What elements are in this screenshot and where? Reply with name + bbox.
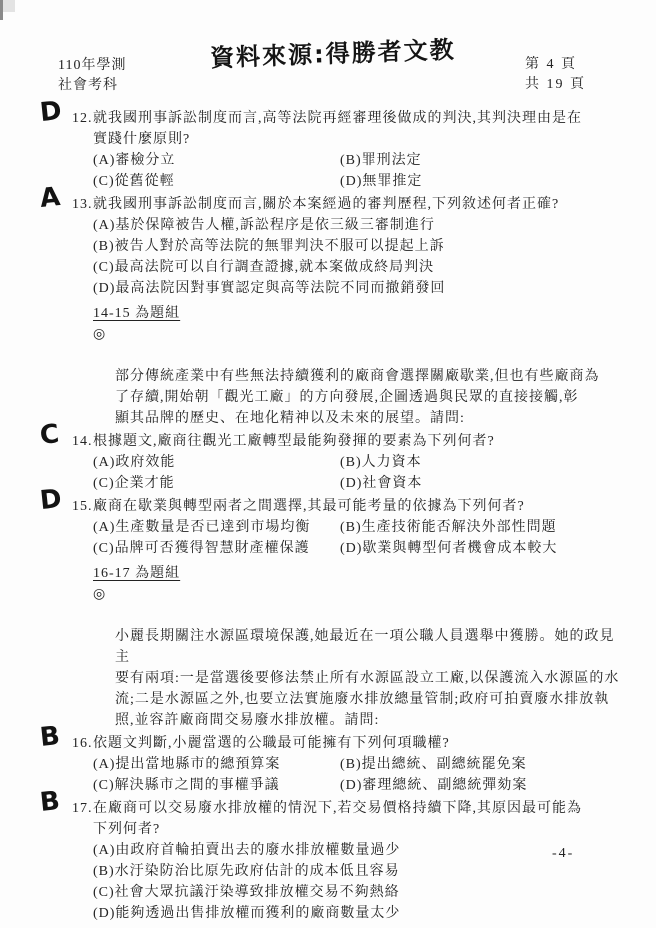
exam-body: D 12. 就我國刑事訴訟制度而言,高等法院再經審理後做成的判決,其判決理由是在…	[72, 106, 628, 924]
question-number: 17.	[72, 798, 93, 819]
option-a: (A)政府效能	[93, 452, 340, 473]
option-c: (C)解決縣市之間的事權爭議	[93, 775, 340, 796]
option-d: (D)社會資本	[340, 473, 628, 494]
question-17: B 17. 在廠商可以交易廢水排放權的情況下,若交易價格持續下降,其原因最可能為…	[72, 798, 628, 924]
handwritten-answer-17: B	[39, 791, 61, 814]
option-a: (A)基於保障被告人權,訴訟程序是依三級三審制進行	[93, 215, 628, 236]
question-number: 16.	[72, 733, 93, 754]
question-text: 依題文判斷,小麗當選的公職最可能擁有下列何項職權?	[93, 733, 628, 754]
option-d: (D)能夠透過出售排放權而獲利的廠商數量太少	[93, 903, 628, 924]
group-14-15-title: 14-15 為題組	[93, 303, 628, 324]
question-15: D 15. 廠商在歇業與轉型兩者之間選擇,其最可能考量的依據為下列何者? (A)…	[72, 496, 628, 559]
handwritten-source-note: 資料來源:得勝者文教	[209, 30, 456, 74]
option-c: (C)企業才能	[93, 473, 340, 494]
option-b: (B)人力資本	[340, 452, 628, 473]
exam-header: 110年學測 社會考科	[58, 56, 126, 96]
exam-year: 110年學測	[58, 56, 126, 76]
scanned-exam-page: 110年學測 社會考科 資料來源:得勝者文教 第 4 頁 共 19 頁 D 12…	[0, 0, 656, 928]
exam-subject: 社會考科	[58, 76, 126, 96]
total-pages-label: 共 19 頁	[525, 75, 586, 95]
circle-marker-icon: ◎	[93, 584, 106, 605]
option-d: (D)歇業與轉型何者機會成本較大	[340, 538, 628, 559]
question-14: C 14. 根據題文,廠商往觀光工廠轉型最能夠發揮的要素為下列何者? (A)政府…	[72, 431, 628, 494]
question-12: D 12. 就我國刑事訴訟制度而言,高等法院再經審理後做成的判決,其判決理由是在…	[72, 108, 628, 192]
scan-artifact-edge	[0, 0, 3, 20]
circle-marker-icon: ◎	[93, 324, 106, 345]
option-b: (B)生產技術能否解決外部性問題	[340, 517, 628, 538]
question-13: A 13. 就我國刑事訴訟制度而言,關於本案經過的審判歷程,下列敘述何者正確? …	[72, 194, 628, 299]
group-intro-text: 小麗長期關注水源區環境保護,她最近在一項公職人員選舉中獲勝。她的政見主 要有兩項…	[115, 629, 619, 728]
question-number: 14.	[72, 431, 93, 452]
group-14-15-intro: ◎ 部分傳統產業中有些無法持續獲利的廠商會選擇關廠歇業,但也有些廠商為 了存續,…	[72, 324, 628, 429]
option-c: (C)從舊從輕	[93, 171, 340, 192]
group-16-17-title: 16-17 為題組	[93, 563, 628, 584]
option-a: (A)生產數量是否已達到市場均衡	[93, 517, 340, 538]
option-b: (B)罪刑法定	[340, 150, 628, 171]
page-info: 第 4 頁 共 19 頁	[525, 55, 586, 95]
option-d: (D)無罪推定	[340, 171, 628, 192]
option-b: (B)提出總統、副總統罷免案	[340, 754, 628, 775]
question-16: B 16. 依題文判斷,小麗當選的公職最可能擁有下列何項職權? (A)提出當地縣…	[72, 733, 628, 796]
page-number-label: 第 4 頁	[525, 55, 586, 75]
option-d: (D)審理總統、副總統彈劾案	[340, 775, 628, 796]
question-text: 廠商在歇業與轉型兩者之間選擇,其最可能考量的依據為下列何者?	[93, 496, 628, 517]
question-text: 就我國刑事訴訟制度而言,高等法院再經審理後做成的判決,其判決理由是在 實踐什麼原…	[93, 108, 628, 150]
question-number: 12.	[72, 108, 93, 129]
handwritten-answer-13: A	[39, 187, 61, 210]
option-a: (A)提出當地縣市的總預算案	[93, 754, 340, 775]
option-b: (B)水汙染防治比原先政府估計的成本低且容易	[93, 861, 628, 882]
option-b: (B)被告人對於高等法院的無罪判決不服可以提起上訴	[93, 236, 628, 257]
handwritten-answer-12: D	[39, 101, 63, 124]
handwritten-answer-14: C	[39, 424, 60, 447]
handwritten-answer-16: B	[39, 726, 61, 749]
options: (A)由政府首輪拍賣出去的廢水排放權數量過少 (B)水汙染防治比原先政府估計的成…	[93, 840, 628, 924]
options: (A)生產數量是否已達到市場均衡 (B)生產技術能否解決外部性問題 (C)品牌可…	[93, 517, 628, 559]
question-number: 15.	[72, 496, 93, 517]
option-c: (C)品牌可否獲得智慧財產權保護	[93, 538, 340, 559]
options: (A)審檢分立 (B)罪刑法定 (C)從舊從輕 (D)無罪推定	[93, 150, 628, 192]
option-a: (A)由政府首輪拍賣出去的廢水排放權數量過少	[93, 840, 628, 861]
option-c: (C)社會大眾抗議汙染導致排放權交易不夠熱絡	[93, 882, 628, 903]
footer-page-number: -4-	[552, 846, 574, 862]
group-16-17-intro: ◎ 小麗長期關注水源區環境保護,她最近在一項公職人員選舉中獲勝。她的政見主 要有…	[72, 584, 628, 731]
group-intro-text: 部分傳統產業中有些無法持續獲利的廠商會選擇關廠歇業,但也有些廠商為 了存續,開始…	[115, 369, 600, 426]
question-text: 根據題文,廠商往觀光工廠轉型最能夠發揮的要素為下列何者?	[93, 431, 628, 452]
option-c: (C)最高法院可以自行調查證據,就本案做成終局判決	[93, 257, 628, 278]
options: (A)提出當地縣市的總預算案 (B)提出總統、副總統罷免案 (C)解決縣市之間的…	[93, 754, 628, 796]
handwritten-answer-15: D	[39, 489, 63, 512]
options: (A)政府效能 (B)人力資本 (C)企業才能 (D)社會資本	[93, 452, 628, 494]
question-text: 就我國刑事訴訟制度而言,關於本案經過的審判歷程,下列敘述何者正確?	[93, 194, 628, 215]
option-d: (D)最高法院因對事實認定與高等法院不同而撤銷發回	[93, 278, 628, 299]
option-a: (A)審檢分立	[93, 150, 340, 171]
question-number: 13.	[72, 194, 93, 215]
question-text: 在廠商可以交易廢水排放權的情況下,若交易價格持續下降,其原因最可能為 下列何者?	[93, 798, 628, 840]
options: (A)基於保障被告人權,訴訟程序是依三級三審制進行 (B)被告人對於高等法院的無…	[93, 215, 628, 299]
